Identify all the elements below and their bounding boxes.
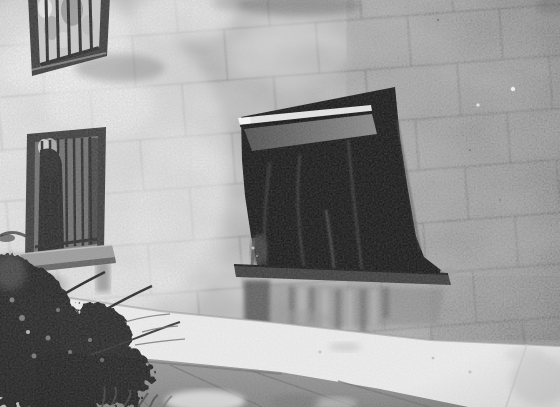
vignette — [0, 0, 560, 407]
photo-building-facade — [0, 0, 560, 407]
